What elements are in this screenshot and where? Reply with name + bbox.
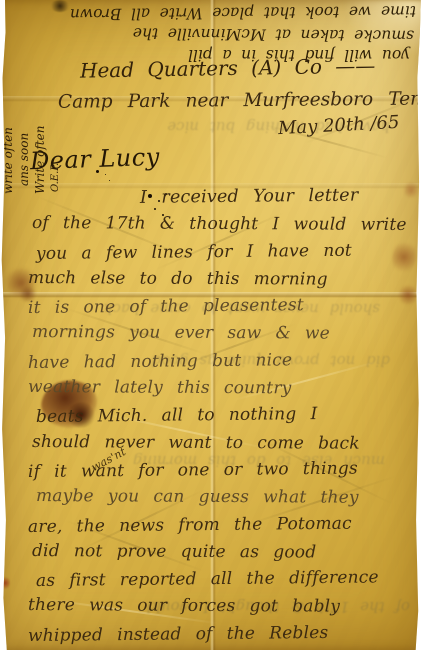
body-line: maybe you can guess what they	[36, 483, 412, 512]
body-line: as first reported all the difference	[36, 564, 412, 595]
body-line: of the 17th & thought I would write	[32, 210, 412, 239]
body-line: it is one of the pleasentest	[28, 291, 412, 322]
camp-location-line: Camp Park near Murfreesboro Tenn—	[58, 88, 425, 112]
body-line: beats Mich. all to nothing I	[36, 400, 412, 431]
margin-note-line: write often	[0, 52, 16, 194]
body-line: if it want for one or two things	[28, 455, 412, 486]
edge-stain	[0, 576, 10, 590]
body-line: did not prove quite as good	[32, 538, 412, 567]
body-line: you a few lines for I have not	[36, 237, 412, 268]
letter-paper: should never want to come back did not p…	[0, 0, 425, 650]
salutation: Dear Lucy	[30, 143, 161, 176]
scanned-letter-page: should never want to come back did not p…	[0, 0, 425, 650]
inverted-note-line: time we took that place Write all Brown	[6, 0, 416, 25]
letter-body: I received Your letter of the 17th & tho…	[28, 184, 412, 648]
body-line: much else to do this morning	[28, 265, 412, 294]
body-line: mornings you ever saw & we	[32, 319, 412, 348]
inverted-note-line: smucke taken at McMinnville the	[6, 21, 414, 46]
headquarters-line: Head Quarters (A) Co ——	[80, 53, 376, 82]
body-line: there was our forces got bably	[28, 592, 412, 621]
body-line: are, the news from the Potomac	[28, 510, 412, 541]
body-line: I received Your letter	[28, 182, 412, 213]
body-line: weather lately this country	[28, 374, 412, 403]
body-line: have had nothing but nice	[28, 346, 412, 377]
body-line: whipped instead of the Rebles	[28, 619, 412, 650]
